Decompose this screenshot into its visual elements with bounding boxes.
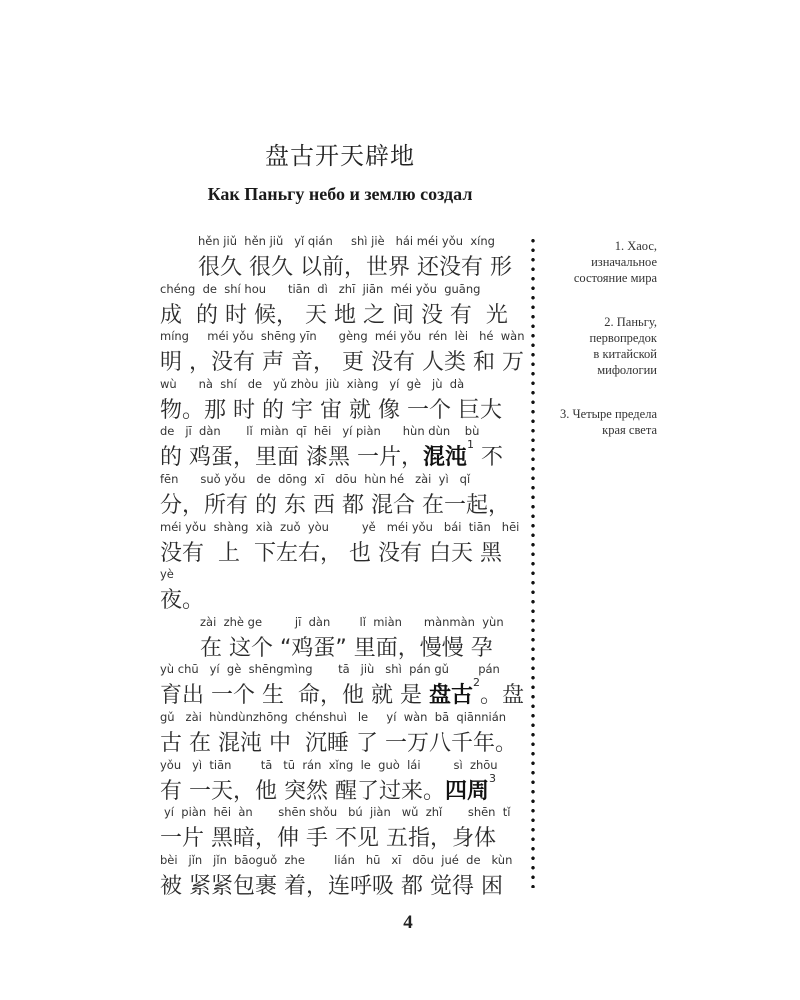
text-line: yǒu yì tiān tā tū rán xǐng le guò lái sì…: [160, 758, 528, 806]
hanzi-line: 成 的 时 候， 天 地 之 间 没 有 光: [160, 298, 508, 329]
footnote-line: изначальное: [545, 254, 657, 270]
text-line: fēn suǒ yǒu de dōng xī dōu hùn hé zài yì…: [160, 472, 528, 520]
hanzi-line: 被 紧紧包裹 着，连呼吸 都 觉得 困: [160, 869, 503, 900]
hanzi-line: 明 ，没有 声 音， 更 没有 人类 和 万: [160, 345, 524, 376]
text-line: gǔ zài hùndùnzhōng chénshuì le yí wàn bā…: [160, 710, 528, 758]
text-line: wù nà shí de yǔ zhòu jiù xiàng yí gè jù …: [160, 377, 528, 425]
pinyin-text-body: hěn jiǔ hěn jiǔ yǐ qián shì jiè hái méi …: [160, 234, 528, 900]
chapter-title-chinese: 盘古开天辟地: [0, 136, 680, 171]
text-line: míng méi yǒu shēng yīn gèng méi yǒu rén …: [160, 329, 528, 377]
pinyin-line: fēn suǒ yǒu de dōng xī dōu hùn hé zài yì…: [160, 472, 470, 486]
pinyin-line: wù nà shí de yǔ zhòu jiù xiàng yí gè jù …: [160, 377, 464, 391]
chapter-title-russian: Как Паньгу небо и землю создал: [0, 184, 680, 205]
footnote-1: 1. Хаос, изначальное состояние мира: [545, 238, 657, 286]
footnote-3: 3. Четыре предела края света: [545, 406, 657, 438]
footnotes-column: 1. Хаос, изначальное состояние мира 2. П…: [545, 238, 657, 466]
footnote-line: состояние мира: [545, 270, 657, 286]
footnote-line: мифологии: [545, 362, 657, 378]
pinyin-line: chéng de shí hou tiān dì zhī jiān méi yǒ…: [160, 282, 480, 296]
pinyin-line: yù chū yí gè shēngmìng tā jiù shì pán gǔ…: [160, 662, 500, 676]
pinyin-line: méi yǒu shàng xià zuǒ yòu yě méi yǒu bái…: [160, 520, 519, 534]
footnote-line: 3. Четыре предела: [545, 406, 657, 422]
hanzi-line: 物。那 时 的 宇 宙 就 像 一个 巨大: [160, 393, 502, 424]
footnote-ref: 1: [467, 438, 474, 451]
text-line: méi yǒu shàng xià zuǒ yòu yě méi yǒu bái…: [160, 520, 528, 568]
hanzi-line: 育出 一个 生 命，他 就 是 盘古2。盘: [160, 678, 524, 709]
glossed-term: 盘古: [429, 683, 473, 708]
page-number: 4: [0, 912, 800, 934]
text-line: yí piàn hēi àn shēn shǒu bú jiàn wǔ zhǐ …: [160, 805, 528, 853]
pinyin-line: zài zhè ge jī dàn lǐ miàn mànmàn yùn: [200, 615, 504, 629]
hanzi-line: 分，所有 的 东 西 都 混合 在一起，: [160, 488, 510, 519]
pinyin-line: yǒu yì tiān tā tū rán xǐng le guò lái sì…: [160, 758, 498, 772]
pinyin-line: yí piàn hēi àn shēn shǒu bú jiàn wǔ zhǐ …: [164, 805, 510, 819]
pinyin-line: hěn jiǔ hěn jiǔ yǐ qián shì jiè hái méi …: [198, 234, 495, 248]
text-line: zài zhè ge jī dàn lǐ miàn mànmàn yùn在 这个…: [160, 615, 528, 663]
footnote-ref: 3: [489, 772, 496, 785]
pinyin-line: bèi jǐn jǐn bāoguǒ zhe lián hū xī dōu ju…: [160, 853, 512, 867]
text-line: chéng de shí hou tiān dì zhī jiān méi yǒ…: [160, 282, 528, 330]
hanzi-line: 的 鸡蛋，里面 漆黑 一片，混沌1 不: [160, 440, 503, 471]
pinyin-line: de jī dàn lǐ miàn qī hēi yí piàn hùn dùn…: [160, 424, 479, 438]
text-line: yù chū yí gè shēngmìng tā jiù shì pán gǔ…: [160, 662, 528, 710]
text-line: hěn jiǔ hěn jiǔ yǐ qián shì jiè hái méi …: [160, 234, 528, 282]
footnote-line: в китайской: [545, 346, 657, 362]
hanzi-line: 古 在 混沌 中 沉睡 了 一万八千年。: [160, 726, 517, 757]
glossed-term: 四周: [445, 779, 489, 804]
dotted-divider: [531, 236, 535, 888]
footnote-ref: 2: [473, 676, 480, 689]
text-line: yè夜。: [160, 567, 528, 615]
hanzi-line: 夜。: [160, 583, 204, 614]
hanzi-line: 一片 黑暗，伸 手 不见 五指，身体: [160, 821, 496, 852]
hanzi-line: 有 一天，他 突然 醒了过来。四周3: [160, 774, 496, 805]
footnote-line: первопредок: [545, 330, 657, 346]
footnote-line: 1. Хаос,: [545, 238, 657, 254]
text-line: bèi jǐn jǐn bāoguǒ zhe lián hū xī dōu ju…: [160, 853, 528, 901]
footnote-line: края света: [545, 422, 657, 438]
pinyin-line: yè: [160, 567, 174, 581]
footnote-line: 2. Паньгу,: [545, 314, 657, 330]
hanzi-line: 在 这个 “鸡蛋” 里面，慢慢 孕: [200, 631, 493, 662]
text-line: de jī dàn lǐ miàn qī hēi yí piàn hùn dùn…: [160, 424, 528, 472]
pinyin-line: gǔ zài hùndùnzhōng chénshuì le yí wàn bā…: [160, 710, 506, 724]
hanzi-line: 很久 很久 以前，世界 还没有 形: [198, 250, 512, 281]
pinyin-line: míng méi yǒu shēng yīn gèng méi yǒu rén …: [160, 329, 525, 343]
footnote-2: 2. Паньгу, первопредок в китайской мифол…: [545, 314, 657, 378]
hanzi-line: 没有 上 下左右， 也 没有 白天 黑: [160, 536, 502, 567]
glossed-term: 混沌: [423, 445, 467, 470]
